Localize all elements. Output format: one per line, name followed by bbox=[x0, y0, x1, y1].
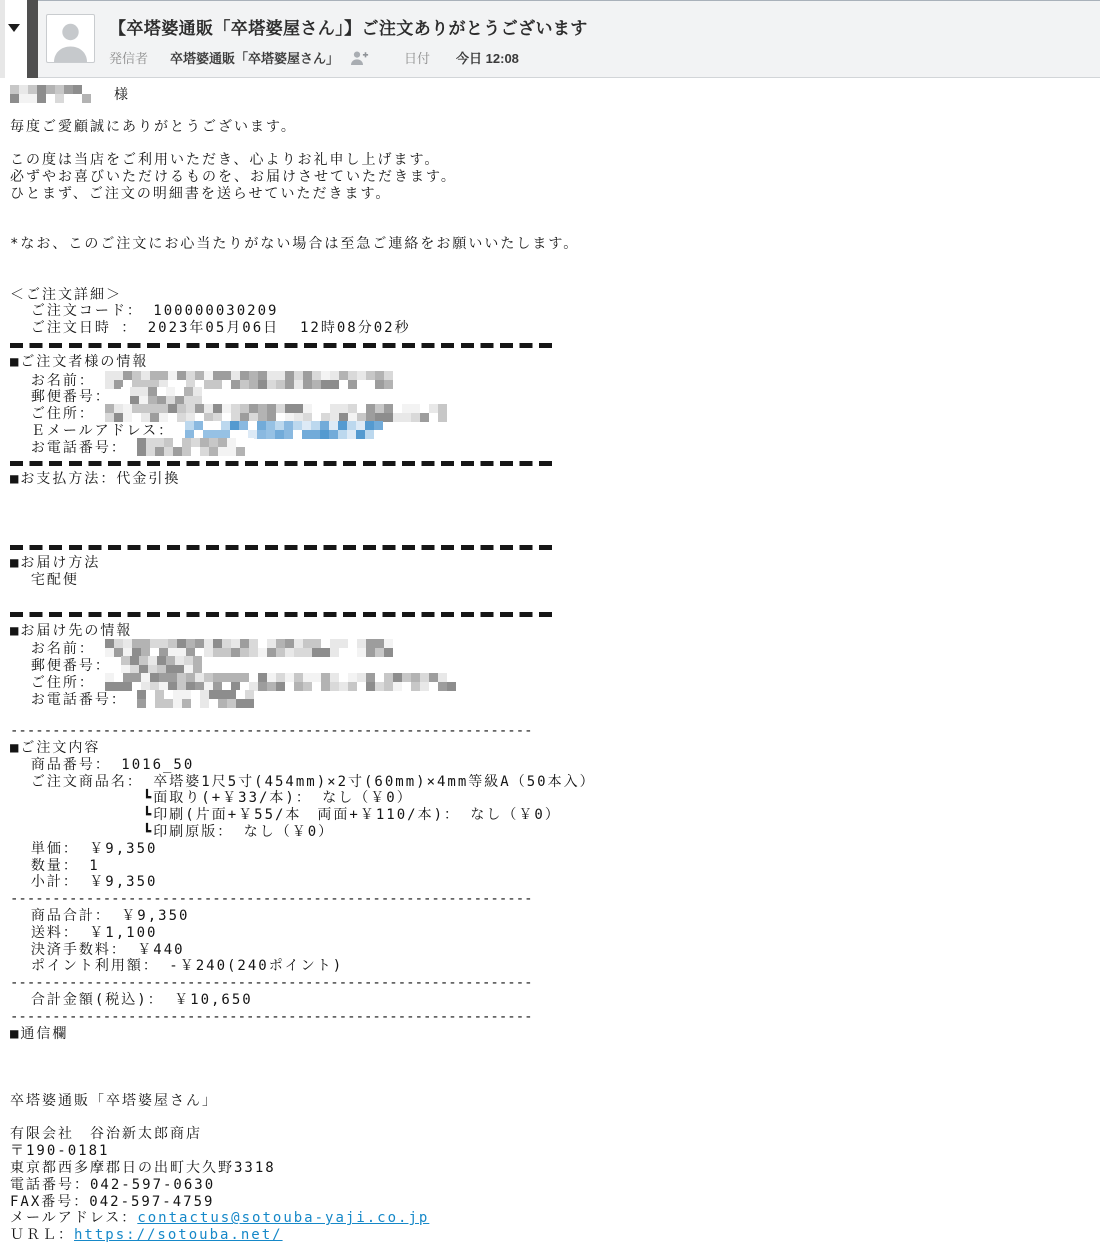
text-line: 毎度ご愛顧誠にありがとうございます。 bbox=[10, 119, 1100, 136]
contact-line: ＵＲＬ：https://sotouba.net/ bbox=[10, 1227, 1100, 1244]
header-accent-band bbox=[27, 0, 38, 78]
redacted-line: Ｅメールアドレス： bbox=[10, 421, 1100, 438]
blank-line bbox=[10, 522, 1100, 539]
redacted-line: 様 bbox=[10, 85, 1100, 102]
text-line: ＜ご注文詳細＞ bbox=[10, 287, 1100, 304]
text-line: ひとまず、ご注文の明細書を送らせていただきます。 bbox=[10, 186, 1100, 203]
text-line: 送料： ￥1,100 bbox=[10, 925, 1100, 942]
text-line: この度は当店をご利用いただき、心よりお礼申し上げます。 bbox=[10, 152, 1100, 169]
redacted-text-mosaic bbox=[137, 438, 259, 456]
blank-line bbox=[10, 253, 1100, 270]
redacted-line: ご住所： bbox=[10, 673, 1100, 690]
separator-thin: ----------------------------------------… bbox=[10, 723, 1100, 740]
separator-bold bbox=[10, 606, 1100, 623]
text-line: 〒190-0181 bbox=[10, 1143, 1100, 1160]
text-line: ■お届け方法 bbox=[10, 555, 1100, 572]
text-line: 単価： ￥9,350 bbox=[10, 841, 1100, 858]
hyperlink[interactable]: contactus@sotouba-yaji.co.jp bbox=[137, 1210, 429, 1226]
blank-line bbox=[10, 488, 1100, 505]
separator-thin: ----------------------------------------… bbox=[10, 975, 1100, 992]
text-line: 決済手数料： ￥440 bbox=[10, 942, 1100, 959]
text-line: ┗印刷(片面+￥55/本 両面+￥110/本)： なし（￥0） bbox=[10, 807, 1100, 824]
text-line: 電話番号：042-597-0630 bbox=[10, 1177, 1100, 1194]
blank-line bbox=[10, 1059, 1100, 1076]
blank-line bbox=[10, 1076, 1100, 1093]
sender-name[interactable]: 卒塔婆通販「卒塔婆屋さん」 bbox=[170, 48, 339, 67]
text-line: 商品番号： 1016_50 bbox=[10, 757, 1100, 774]
text-line: 商品合計： ￥9,350 bbox=[10, 908, 1100, 925]
redacted-line: お電話番号： bbox=[10, 690, 1100, 707]
text-line: ■お届け先の情報 bbox=[10, 623, 1100, 640]
redacted-line: お名前： bbox=[10, 371, 1100, 388]
add-contact-icon[interactable] bbox=[349, 50, 370, 65]
contact-line: メールアドレス：contactus@sotouba-yaji.co.jp bbox=[10, 1210, 1100, 1227]
header-text: 【卒塔婆通販「卒塔婆屋さん」】ご注文ありがとうございます 発信者 卒塔婆通販「卒… bbox=[109, 14, 588, 77]
text-line: 有限会社 谷治新太郎商店 bbox=[10, 1126, 1100, 1143]
field-label: ご住所： bbox=[10, 675, 105, 691]
mail-body: 様 毎度ご愛顧誠にありがとうございます。 この度は当店をご利用いただき、心よりお… bbox=[0, 78, 1100, 1244]
redacted-text-mosaic bbox=[105, 371, 395, 389]
blank-line bbox=[10, 505, 1100, 522]
redacted-line: 郵便番号： bbox=[10, 656, 1100, 673]
redacted-text-mosaic bbox=[10, 85, 98, 103]
text-line: ご注文コード： 100000030209 bbox=[10, 303, 1100, 320]
separator-bold bbox=[10, 337, 1100, 354]
text-line: ポイント利用額： -￥240(240ポイント) bbox=[10, 958, 1100, 975]
redacted-text-mosaic bbox=[137, 690, 259, 708]
redacted-text-mosaic bbox=[105, 673, 460, 691]
field-label: 様 bbox=[98, 87, 130, 103]
field-label: お名前： bbox=[10, 641, 105, 657]
subject: 【卒塔婆通販「卒塔婆屋さん」】ご注文ありがとうございます bbox=[109, 14, 588, 39]
text-line: 小計： ￥9,350 bbox=[10, 874, 1100, 891]
text-line: ■お支払方法：代金引換 bbox=[10, 471, 1100, 488]
meta-row: 発信者 卒塔婆通販「卒塔婆屋さん」 日付 今日 12:08 bbox=[109, 48, 588, 67]
blank-line bbox=[10, 270, 1100, 287]
left-edge-strip bbox=[0, 0, 5, 78]
date-value: 今日 12:08 bbox=[456, 48, 519, 67]
text-line: *なお、このご注文にお心当たりがない場合は至急ご連絡をお願いいたします。 bbox=[10, 236, 1100, 253]
blank-line bbox=[10, 706, 1100, 723]
field-label: ＵＲＬ： bbox=[10, 1227, 74, 1243]
redacted-text-mosaic bbox=[121, 387, 209, 405]
sender-avatar-icon bbox=[46, 14, 95, 63]
redacted-line: ご住所： bbox=[10, 404, 1100, 421]
field-label: 郵便番号： bbox=[10, 658, 121, 674]
text-line: ■ご注文内容 bbox=[10, 740, 1100, 757]
separator-bold bbox=[10, 539, 1100, 556]
blank-line bbox=[10, 102, 1100, 119]
blank-line bbox=[10, 203, 1100, 220]
redacted-text-mosaic bbox=[105, 639, 395, 657]
text-line: 卒塔婆通販「卒塔婆屋さん」 bbox=[10, 1093, 1100, 1110]
redacted-email-mosaic bbox=[185, 421, 390, 439]
separator-thin: ----------------------------------------… bbox=[10, 1009, 1100, 1026]
field-label: お電話番号： bbox=[10, 440, 137, 456]
blank-line bbox=[10, 1042, 1100, 1059]
text-line: FAX番号：042-597-4759 bbox=[10, 1194, 1100, 1211]
blank-line bbox=[10, 135, 1100, 152]
redacted-line: お名前： bbox=[10, 639, 1100, 656]
text-line: 合計金額(税込)： ￥10,650 bbox=[10, 992, 1100, 1009]
blank-line bbox=[10, 219, 1100, 236]
field-label: メールアドレス： bbox=[10, 1210, 137, 1226]
separator-thin: ----------------------------------------… bbox=[10, 891, 1100, 908]
redacted-line: 郵便番号： bbox=[10, 387, 1100, 404]
header-panel: 【卒塔婆通販「卒塔婆屋さん」】ご注文ありがとうございます 発信者 卒塔婆通販「卒… bbox=[38, 0, 1100, 78]
text-line: 宅配便 bbox=[10, 572, 1100, 589]
field-label: お名前： bbox=[10, 373, 105, 389]
blank-line bbox=[10, 1110, 1100, 1127]
field-label: 郵便番号： bbox=[10, 389, 121, 405]
text-line: ■通信欄 bbox=[10, 1026, 1100, 1043]
text-line: ┗印刷原版： なし（￥0） bbox=[10, 824, 1100, 841]
redacted-text-mosaic bbox=[105, 404, 455, 422]
text-line: ご注文商品名： 卒塔婆1尺5寸(454mm)×2寸(60mm)×4mm等級A（5… bbox=[10, 774, 1100, 791]
from-label: 発信者 bbox=[109, 48, 148, 67]
field-label: ご住所： bbox=[10, 406, 105, 422]
text-line: ご注文日時 ： 2023年05月06日 12時08分02秒 bbox=[10, 320, 1100, 337]
hyperlink[interactable]: https://sotouba.net/ bbox=[74, 1227, 283, 1243]
redacted-text-mosaic bbox=[121, 656, 209, 674]
text-line: 東京都西多摩郡日の出町大久野3318 bbox=[10, 1160, 1100, 1177]
text-line: 数量： 1 bbox=[10, 858, 1100, 875]
text-line: ■ご注文者様の情報 bbox=[10, 354, 1100, 371]
date-label: 日付 bbox=[404, 48, 430, 67]
field-label: Ｅメールアドレス： bbox=[10, 423, 185, 439]
blank-line bbox=[10, 589, 1100, 606]
text-line: ┗面取り(+￥33/本)： なし（￥0） bbox=[10, 790, 1100, 807]
redacted-line: お電話番号： bbox=[10, 438, 1100, 455]
text-line: 必ずやお喜びいただけるものを、お届けさせていただきます。 bbox=[10, 169, 1100, 186]
separator-bold bbox=[10, 455, 1100, 472]
collapse-triangle-icon[interactable] bbox=[8, 24, 20, 32]
message-header: 【卒塔婆通販「卒塔婆屋さん」】ご注文ありがとうございます 発信者 卒塔婆通販「卒… bbox=[0, 0, 1100, 78]
field-label: お電話番号： bbox=[10, 692, 137, 708]
